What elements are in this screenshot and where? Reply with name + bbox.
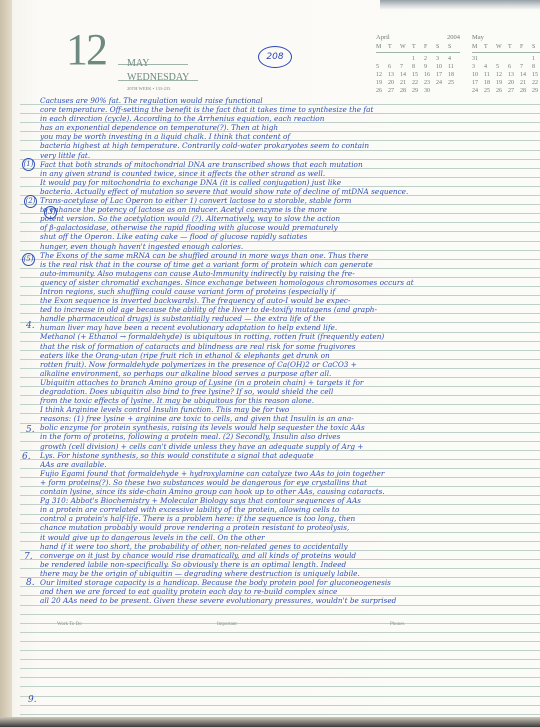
note-line: be rendered labile non-specifically. So …	[40, 560, 530, 569]
note-line: of β-galactosidase, otherwise the rapid …	[40, 223, 530, 232]
calendar-day: 4	[484, 64, 496, 70]
note-line: from the toxic effects of lysine. It may…	[40, 396, 530, 405]
note-line: I think Arginine levels control Insulin …	[40, 405, 530, 414]
calendar-day: 10	[472, 72, 484, 78]
calendar-day: 7	[400, 64, 412, 70]
item-marker: 6.	[22, 452, 31, 462]
calendar-day: 7	[520, 64, 532, 70]
note-line: + form proteins(?). So these two substan…	[40, 478, 530, 487]
item-marker: (1)	[22, 158, 35, 171]
weekday-header: S	[436, 44, 448, 50]
calendar-day: 20	[388, 80, 400, 86]
weekday-header: T	[484, 44, 496, 50]
calendar-day: 22	[532, 80, 540, 86]
note-line: Lys. For histone synthesis, so this woul…	[40, 451, 530, 460]
ruled-line	[20, 696, 540, 697]
note-line: handle pharmaceutical drugs) is substant…	[40, 314, 530, 323]
calendar-day	[508, 56, 520, 62]
note-line: bolic enzyme for protein synthesis, rais…	[40, 423, 530, 432]
note-line: hand if it were too short, the probabili…	[40, 542, 530, 551]
page-binding	[0, 0, 12, 727]
note-line: core temperature. Off-setting the benefi…	[40, 105, 530, 114]
calendar-day: 23	[424, 80, 436, 86]
ruled-line	[20, 632, 540, 633]
note-line: has an exponential dependence on tempera…	[40, 123, 530, 132]
calendar-day: 31	[472, 56, 484, 62]
note-line: degradation. Does ubiquitin also bind to…	[40, 387, 530, 396]
note-line: alkaline environment, so perhaps our alk…	[40, 369, 530, 378]
weekday-header: W	[400, 44, 412, 50]
note-line: human liver may have been a recent evolu…	[40, 323, 530, 332]
calendar-day: 26	[376, 88, 388, 94]
calendar-day: 14	[520, 72, 532, 78]
calendar-day: 1	[412, 56, 424, 62]
calendar-day: 13	[508, 72, 520, 78]
calendar-day: 19	[376, 80, 388, 86]
calendar-day: 27	[508, 88, 520, 94]
calendar-day: 28	[400, 88, 412, 94]
calendar-day	[496, 56, 508, 62]
calendar-day: 29	[412, 88, 424, 94]
calendar-day: 25	[448, 80, 460, 86]
note-line: auto-immunity. Also mutagens can cause A…	[40, 269, 530, 278]
calendar-day: 11	[484, 72, 496, 78]
note-line: you may be worth investing in a liquid c…	[40, 132, 530, 141]
calendar-day: 10	[436, 64, 448, 70]
note-line: the Exon sequence is inverted backwards)…	[40, 296, 530, 305]
weekday-header: F	[424, 44, 436, 50]
page-number-circled: 208	[258, 46, 292, 68]
ruled-line	[20, 668, 540, 669]
week-info: 20TH WEEK • 133-233	[127, 86, 170, 91]
calendar-day: 18	[484, 80, 496, 86]
calendar-day: 18	[448, 72, 460, 78]
weekday-header: W	[496, 44, 508, 50]
calendar-day: 22	[412, 80, 424, 86]
note-line: very little fat.	[40, 151, 530, 160]
calendar-day: 27	[388, 88, 400, 94]
ruled-line	[20, 623, 540, 624]
calendar-day	[376, 56, 388, 62]
calendar-day: 29	[532, 88, 540, 94]
calendar-day: 5	[376, 64, 388, 70]
month-label: MAY	[127, 58, 149, 69]
calendar-day	[388, 56, 400, 62]
ruled-line	[20, 677, 540, 678]
note-line: Fact that both strands of mitochondrial …	[40, 160, 530, 169]
calendar-day: 15	[412, 72, 424, 78]
item-marker: 7.	[24, 552, 33, 562]
weekday-header: F	[520, 44, 532, 50]
calendar-day: 3	[472, 64, 484, 70]
note-line: rotten fruit). Now formaldehyde polymeri…	[40, 360, 530, 369]
calendar-day: 6	[388, 64, 400, 70]
calendar-day: 17	[472, 80, 484, 86]
weekday-header: T	[412, 44, 424, 50]
item-marker: 5.	[26, 425, 35, 435]
note-line: potent version. So the acetylation would…	[40, 214, 530, 223]
item-marker: 4.	[26, 321, 35, 331]
calendar-may: May MTWTFSS 3112345678910111213141516171…	[472, 34, 540, 94]
ruled-line	[20, 614, 540, 615]
calendar-day: 17	[436, 72, 448, 78]
ruled-line	[20, 686, 540, 687]
calendar-day: 19	[496, 80, 508, 86]
calendar-day: 11	[448, 64, 460, 70]
calendar-day: 15	[532, 72, 540, 78]
calendar-day: 1	[532, 56, 540, 62]
weekday-header: S	[532, 44, 540, 50]
note-line: it would give up to dangerous levels in …	[40, 533, 530, 542]
calendar-day: 8	[412, 64, 424, 70]
calendar-day: 16	[424, 72, 436, 78]
calendar-day: 14	[400, 72, 412, 78]
calendar-day	[484, 56, 496, 62]
note-line: Methanol (+ Ethanol → formaldehyde) is u…	[40, 332, 530, 341]
calendar-day: 28	[520, 88, 532, 94]
note-line: is the real risk that in the course of t…	[40, 260, 530, 269]
calendar-day: 8	[532, 64, 540, 70]
note-line: ted to increase in old age because the a…	[40, 305, 530, 314]
ruled-line	[20, 641, 540, 642]
diary-page: 12 MAY WEDNESDAY 20TH WEEK • 133-233 208…	[0, 0, 540, 727]
note-line: in the form of proteins, following a pro…	[40, 432, 530, 441]
note-line: AAs are available.	[40, 460, 530, 469]
calendar-day	[520, 56, 532, 62]
note-line: contain lysine, since its side-chain Ami…	[40, 487, 530, 496]
day-number: 12	[66, 28, 106, 72]
ruled-line	[20, 714, 540, 715]
ruled-line	[20, 650, 540, 651]
calendar-day: 24	[436, 80, 448, 86]
calendar-day: 6	[508, 64, 520, 70]
calendar-day: 2	[424, 56, 436, 62]
note-line: It would pay for mitochondria to exchang…	[40, 178, 530, 187]
calendar-day: 5	[496, 64, 508, 70]
note-line: bacteria. Actually effect of mutation so…	[40, 187, 530, 196]
weekday-header: T	[508, 44, 520, 50]
note-line: and then we are forced to eat quality pr…	[40, 587, 530, 596]
note-line: converge on it just by chance would rise…	[40, 551, 530, 560]
note-line: growth (cell division) + cells can't div…	[40, 442, 530, 451]
note-line: in each direction (cycle). According to …	[40, 114, 530, 123]
note-line: Intron regions, such shuffling could cau…	[40, 287, 530, 296]
calendar-day: 30	[424, 88, 436, 94]
note-line: chance mutation probably would prove ren…	[40, 523, 530, 532]
note-line: The Exons of the same mRNA can be shuffl…	[40, 251, 530, 260]
note-line: in a protein are correlated with excessi…	[40, 505, 530, 514]
note-line: in any given strand is counted twice, si…	[40, 169, 530, 178]
item-marker: (3)	[44, 206, 57, 219]
note-line: eaters like the Orang-utan (ripe fruit r…	[40, 351, 530, 360]
calendar-day	[436, 88, 448, 94]
note-line: Pg 310: Abbot's Biochemistry + Molecular…	[40, 496, 530, 505]
calendar-month: April	[376, 34, 390, 41]
note-line: to enhance the potency of lactose as an …	[40, 205, 530, 214]
note-line: reasons: (1) free lysine + arginine are …	[40, 414, 530, 423]
calendar-day: 9	[424, 64, 436, 70]
calendar-month: May	[472, 34, 484, 41]
important-label: Important	[217, 622, 237, 627]
calendar-april: April 2004 MTWTFSS 123456789101112131415…	[376, 34, 460, 94]
calendar-day	[448, 88, 460, 94]
ruled-line	[20, 705, 540, 706]
calendar-day: 21	[520, 80, 532, 86]
note-line: Cactuses are 90% fat. The regulation wou…	[40, 96, 530, 105]
weekday-label: WEDNESDAY	[127, 72, 189, 83]
weekday-header: T	[388, 44, 400, 50]
note-line: Ubiquitin attaches to branch Amino group…	[40, 378, 530, 387]
calendar-day: 25	[484, 88, 496, 94]
calendar-day: 4	[448, 56, 460, 62]
weekday-header: S	[448, 44, 460, 50]
calendar-day: 12	[376, 72, 388, 78]
note-line: that the risk of formation of cataracts …	[40, 342, 530, 351]
calendar-day	[400, 56, 412, 62]
note-line: Fujio Egami found that formaldehyde + hy…	[40, 469, 530, 478]
note-line: control a protein's half-life. There is …	[40, 514, 530, 523]
note-line: there may be the origin of ubiquitin — d…	[40, 569, 530, 578]
page-edge-shadow	[380, 0, 540, 10]
calendar-day: 3	[436, 56, 448, 62]
item-marker: 8.	[26, 578, 35, 588]
handwritten-notes: Cactuses are 90% fat. The regulation wou…	[40, 96, 530, 605]
note-line: shut off the Operon. Like eating cake — …	[40, 232, 530, 241]
note-line: all 20 AAs need to be present. Given the…	[40, 596, 530, 605]
calendar-day: 21	[400, 80, 412, 86]
note-line: bacteria highest at high temperature. Co…	[40, 141, 530, 150]
ruled-line	[20, 659, 540, 660]
calendar-day: 12	[496, 72, 508, 78]
weekday-header: M	[376, 44, 388, 50]
weekday-header: M	[472, 44, 484, 50]
phones-label: Phones	[390, 622, 404, 627]
calendar-day: 13	[388, 72, 400, 78]
item-marker: (5)	[22, 253, 35, 266]
item-marker: 9.	[28, 695, 37, 705]
calendar-day: 24	[472, 88, 484, 94]
note-line: Our limited storage capacity is a handic…	[40, 578, 530, 587]
calendar-day: 26	[496, 88, 508, 94]
calendar-year: 2004	[447, 34, 460, 41]
note-line: quency of sister chromatid exchanges. Si…	[40, 278, 530, 287]
calendar-day: 20	[508, 80, 520, 86]
page-bottom-edge	[0, 717, 540, 727]
item-marker: (2)	[24, 195, 37, 208]
work-to-do-label: Work To Do	[57, 622, 82, 627]
note-line: Trans-acetylase of Lac Operon to either …	[40, 196, 530, 205]
note-line: hunger, even though haven't ingested eno…	[40, 242, 530, 251]
